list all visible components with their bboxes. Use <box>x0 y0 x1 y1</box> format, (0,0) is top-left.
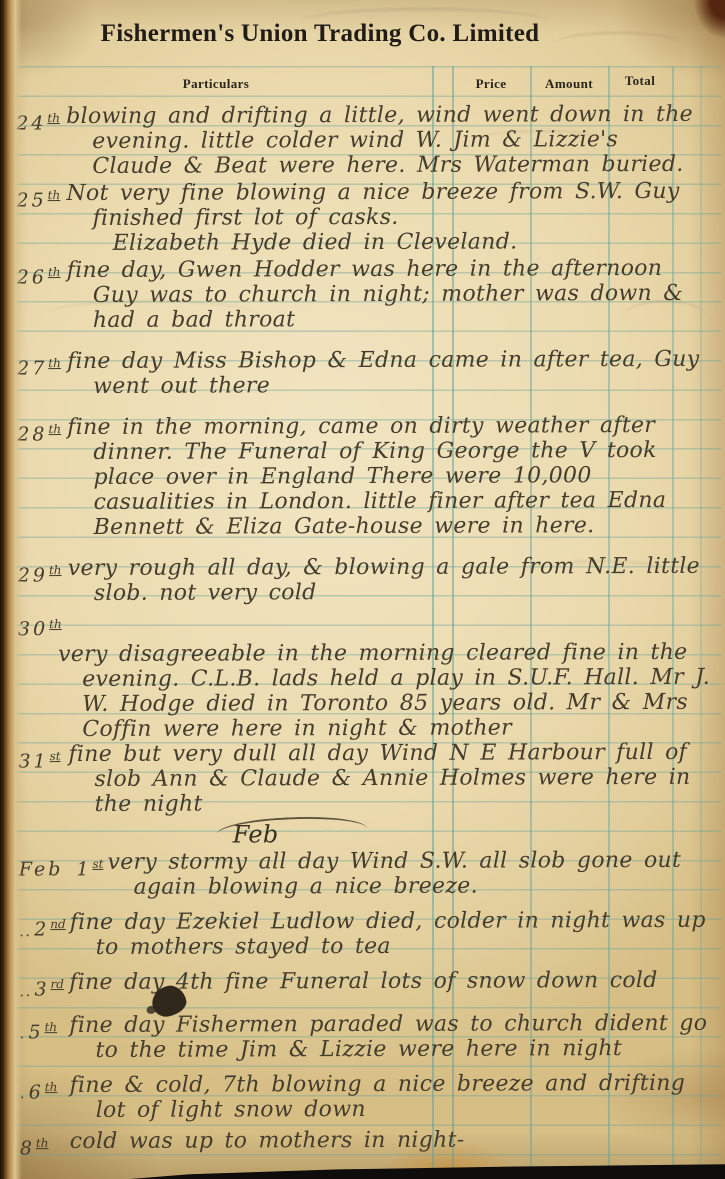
entry-day-ordinal: th <box>48 188 61 202</box>
entry-text: fine day Miss Bishop & Edna came in afte… <box>63 347 709 399</box>
entry-day-ordinal: th <box>47 111 60 125</box>
entry-day-label: 24th <box>16 104 62 136</box>
entry-day-label: 28th <box>17 415 63 447</box>
diary-entry: 31stfine but very dull all day Wind N E … <box>18 740 710 817</box>
diary-entry: ..3rdfine day 4th fine Funeral lots of s… <box>19 968 711 1003</box>
diary-entry: Feb 1stvery stormy all day Wind S.W. all… <box>19 848 711 900</box>
entry-day-label: 27th <box>17 349 63 381</box>
entry-day-ordinal: th <box>48 265 61 279</box>
entry-day-ordinal: th <box>48 356 61 370</box>
page-corner-shadow <box>691 0 725 44</box>
entry-day-ordinal: th <box>36 1136 49 1150</box>
company-title: Fishermen's Union Trading Co. Limited <box>30 20 610 48</box>
entry-day-ordinal: nd <box>50 917 65 931</box>
column-header-particulars: Particulars <box>0 70 432 98</box>
entry-day-ordinal: th <box>48 422 61 436</box>
entry-day-ordinal: th <box>49 617 62 631</box>
diary-entry: 25thNot very fine blowing a nice breeze … <box>16 179 708 231</box>
diary-entry: 28thfine in the morning, came on dirty w… <box>17 413 709 540</box>
entry-day-ordinal: st <box>92 857 103 871</box>
diary-entry: 27thfine day Miss Bishop & Edna came in … <box>17 347 709 399</box>
entry-day-ordinal: rd <box>50 977 63 991</box>
entry-day-label: Feb 1st <box>19 850 104 883</box>
column-header-amount: Amount <box>530 70 608 98</box>
entry-day-label: 26th <box>17 258 63 290</box>
entry-text: very rough all day, & blowing a gale fro… <box>64 554 710 606</box>
entry-note: Elizabeth Hyde died in Cleveland. <box>113 229 709 256</box>
entry-text: fine but very dull all day Wind N E Harb… <box>64 740 710 817</box>
diary-entry: .5thfine day Fishermen paraded was to ch… <box>19 1010 711 1062</box>
entry-day-label: .5th <box>19 1013 65 1045</box>
column-header-total: Total <box>608 67 672 95</box>
diary-entry: 30thvery disagreeable in the morning cle… <box>18 610 710 743</box>
entry-text: fine day Ezekiel Ludlow died, colder in … <box>66 908 711 960</box>
entry-text: very disagreeable in the morning cleared… <box>58 640 710 742</box>
entry-day-label: ..3rd <box>19 970 65 1002</box>
entry-text: fine & cold, 7th blowing a nice breeze a… <box>66 1070 712 1122</box>
entry-text: blowing and drifting a little, wind went… <box>62 102 708 179</box>
entry-day-label: ..2nd <box>19 910 66 942</box>
diary-entry: 8thcold was up to mothers in night- <box>20 1126 712 1161</box>
entry-day-ordinal: th <box>45 1080 58 1094</box>
entry-day-ordinal: th <box>45 1020 58 1034</box>
flourish-stroke <box>216 815 366 835</box>
entry-text: cold was up to mothers in night- <box>66 1126 712 1153</box>
diary-entry: ..2ndfine day Ezekiel Ludlow died, colde… <box>19 908 711 960</box>
entry-day-label: 29th <box>18 556 64 588</box>
diary-entry: 29thvery rough all day, & blowing a gale… <box>18 554 710 606</box>
entry-day-label: 25th <box>16 181 62 213</box>
diary-entry: .6thfine & cold, 7th blowing a nice bree… <box>20 1070 712 1122</box>
entry-text: very stormy all day Wind S.W. all slob g… <box>103 848 710 900</box>
diary-entry: 26thfine day, Gwen Hodder was here in th… <box>17 256 709 333</box>
entry-text: fine day, Gwen Hodder was here in the af… <box>63 256 709 333</box>
month-heading: Feb <box>233 822 393 848</box>
entries-list: 24thblowing and drifting a little, wind … <box>16 102 712 1161</box>
ledger-page-scan: Fishermen's Union Trading Co. Limited Pa… <box>0 0 725 1179</box>
entry-day-label: .6th <box>20 1073 66 1105</box>
entry-text: fine in the morning, came on dirty weath… <box>63 413 709 540</box>
entry-text: Not very fine blowing a nice breeze from… <box>62 179 708 231</box>
entry-day-ordinal: st <box>50 749 61 763</box>
entry-day-label: 8th <box>20 1129 66 1161</box>
entry-day-label: 30th <box>18 616 62 640</box>
entry-day-ordinal: th <box>49 563 62 577</box>
binding-edge <box>0 0 22 1179</box>
diary-entry: 24thblowing and drifting a little, wind … <box>16 102 708 179</box>
entry-text: fine day Fishermen paraded was to church… <box>65 1010 711 1062</box>
entry-day-label: 31st <box>18 742 64 774</box>
column-header-price: Price <box>452 70 530 98</box>
